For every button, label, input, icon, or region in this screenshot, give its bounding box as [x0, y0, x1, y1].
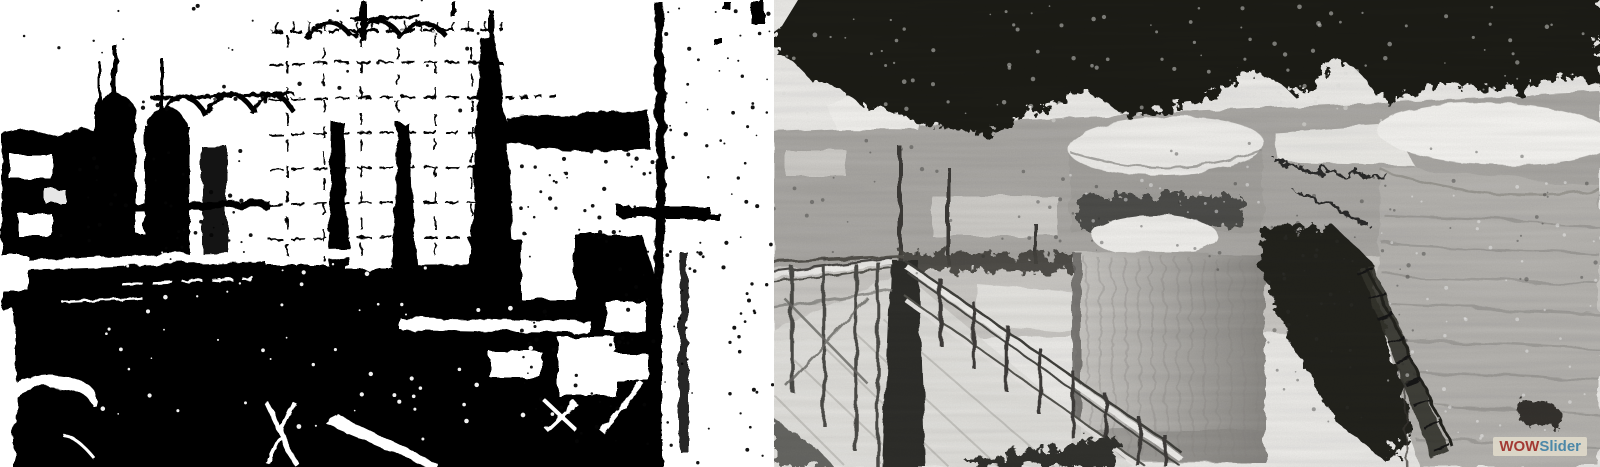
paper-grain-texture: [774, 0, 1600, 467]
watermark-slider-text: Slider: [1539, 438, 1581, 455]
wow-slider: WOWSlider: [0, 0, 1600, 467]
wowslider-watermark-link[interactable]: WOWSlider: [1493, 437, 1587, 456]
slide-1-illustration: [0, 0, 774, 467]
slide-2[interactable]: [774, 0, 1600, 467]
slide-1[interactable]: [0, 0, 774, 467]
slide-2-illustration: [774, 0, 1600, 467]
watermark-wow-text: WOW: [1499, 438, 1539, 455]
